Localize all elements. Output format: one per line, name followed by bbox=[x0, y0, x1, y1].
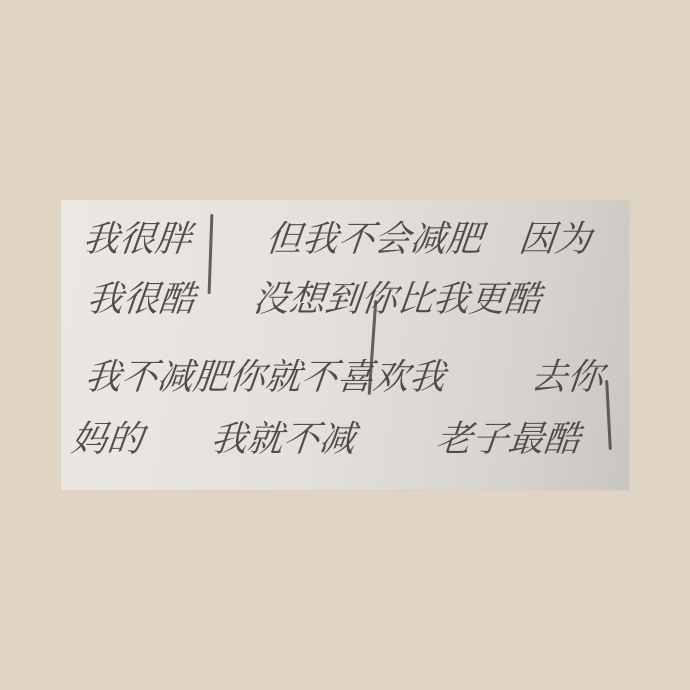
text-segment: 我很胖 bbox=[80, 212, 194, 268]
handwriting-line-1: 我很胖 但我不会减肥 因为 bbox=[58, 212, 632, 268]
handwriting-line-3: 我不减肥你就不喜欢我 去你 bbox=[58, 350, 632, 406]
handwriting-line-4: 妈的 我就不减 老子最酷 bbox=[58, 412, 632, 468]
text-segment: 但我不会减肥 bbox=[263, 212, 485, 268]
text-segment: 因为 bbox=[516, 212, 594, 268]
text-segment: 我很酷 bbox=[84, 272, 198, 328]
text-segment: 我不减肥你就不喜欢我 bbox=[82, 350, 448, 406]
text-segment: 我就不减 bbox=[208, 412, 358, 468]
text-segment: 没想到你比我更酷 bbox=[250, 272, 544, 328]
paper-sheet: 我很胖 但我不会减肥 因为 我很酷 没想到你比我更酷 我不减肥你就不喜欢我 去你… bbox=[61, 200, 629, 490]
text-segment: 老子最酷 bbox=[433, 412, 583, 468]
handwriting-line-2: 我很酷 没想到你比我更酷 bbox=[58, 272, 632, 328]
text-segment: 去你 bbox=[528, 350, 606, 406]
text-segment: 妈的 bbox=[68, 412, 146, 468]
